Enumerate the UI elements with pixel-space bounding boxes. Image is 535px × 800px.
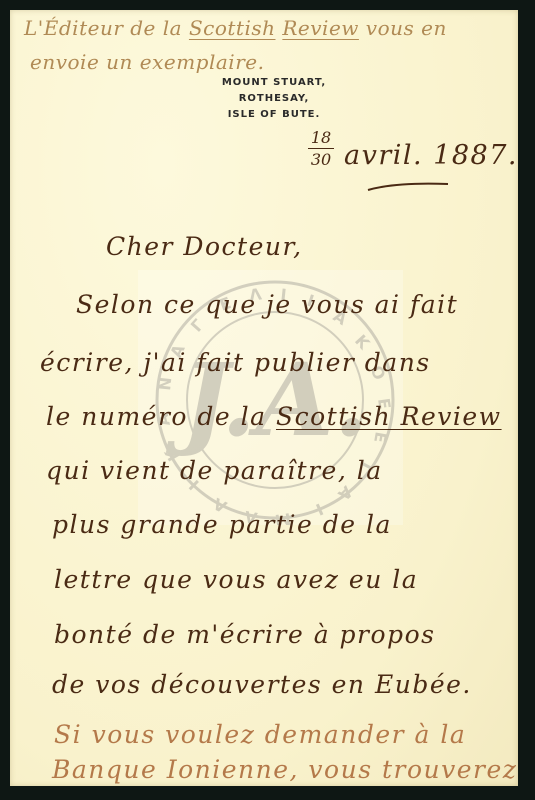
salutation: Cher Docteur, (106, 232, 303, 261)
letterhead-line-1: MOUNT STUART, (194, 77, 354, 88)
date-underline-flourish-icon (366, 180, 450, 194)
annotation-scottish: Scottish (189, 16, 276, 40)
body-line-4: qui vient de paraître, la (46, 456, 383, 485)
annotation-prefix: L'Éditeur de la (24, 16, 189, 40)
body-line-10: Banque Ionienne, vous trouverez (52, 755, 517, 784)
date-day-old-style: 30 (308, 150, 334, 169)
annotation-line-2: envoie un exemplaire. (30, 50, 264, 74)
svg-text:Ε: Ε (370, 430, 391, 444)
svg-text:Ν: Ν (155, 376, 175, 391)
body-line-5: plus grande partie de la (52, 510, 392, 539)
body-line-3: le numéro de la Scottish Review (46, 402, 502, 431)
body-line-2: écrire, j'ai fait publier dans (40, 348, 431, 377)
letter-page: Ε Λ Ι Ι Α Κ Ο Ε Ε Ι Α Ι Μ Α Λ Ι Κ Α Ν Α … (10, 10, 518, 786)
letterhead-line-3: ISLE OF BUTE. (194, 109, 354, 120)
annotation-review: Review (282, 16, 359, 40)
body-line-6: lettre que vous avez eu la (54, 565, 418, 594)
date-day-new-style: 18 (308, 128, 334, 147)
date-fraction: 18 30 (308, 128, 334, 169)
body-line-9: Si vous voulez demander à la (54, 720, 466, 749)
annotation-line-1: L'Éditeur de la Scottish Review vous en (24, 16, 447, 40)
body-scottish-review: Scottish Review (276, 402, 502, 431)
body-line-3-text: le numéro de la (46, 402, 276, 431)
body-line-7: bonté de m'écrire à propos (54, 620, 435, 649)
letterhead-line-2: ROTHESAY, (194, 93, 354, 104)
fraction-bar (308, 148, 334, 149)
body-line-1: Selon ce que je vous ai fait (76, 290, 458, 319)
annotation-suffix: vous en (359, 16, 447, 40)
date-month-year: avril. 1887. (344, 140, 518, 171)
body-line-8: de vos découvertes en Eubée. (52, 670, 472, 699)
